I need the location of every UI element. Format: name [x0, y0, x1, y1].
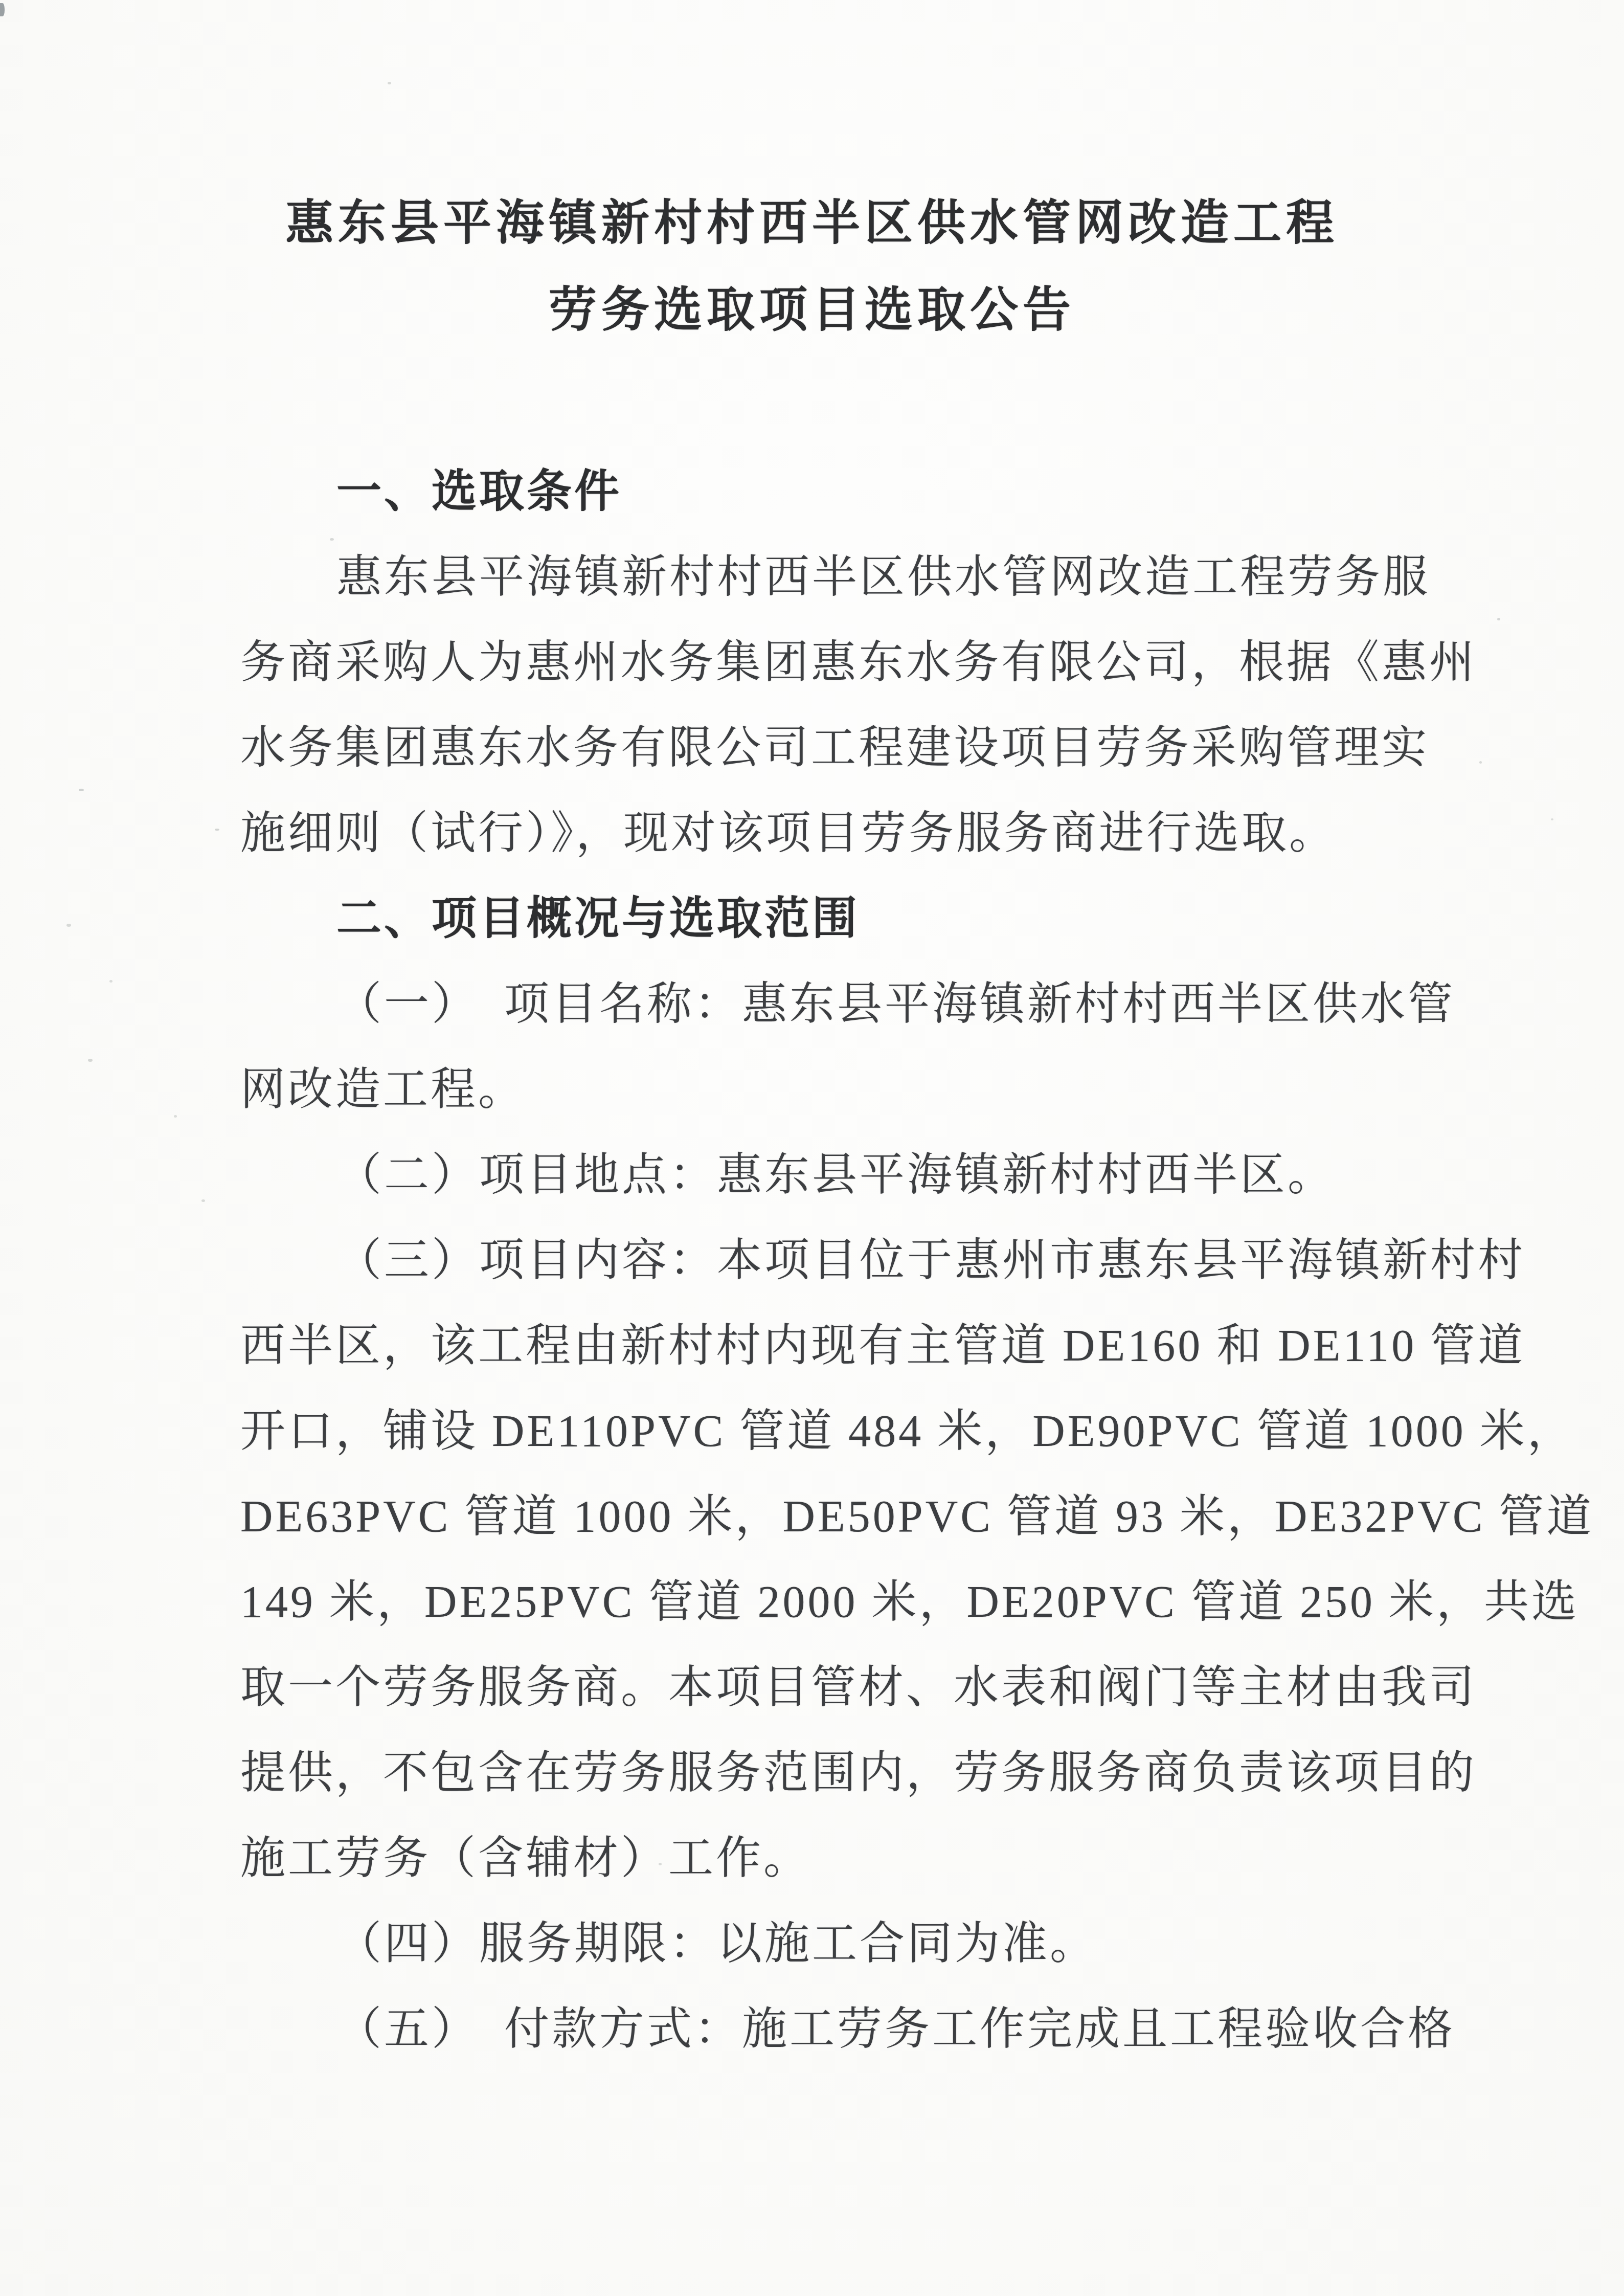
- document-line: （二）项目地点：惠东县平海镇新村村西半区。: [240, 1132, 1406, 1218]
- scanned-document-page: 惠东县平海镇新村村西半区供水管网改造工程 劳务选取项目选取公告 一、选取条件惠东…: [0, 0, 1624, 2296]
- document-line: 西半区，该工程由新村村内现有主管道 DE160 和 DE110 管道: [240, 1303, 1406, 1389]
- document-line: （一） 项目名称：惠东县平海镇新村村西半区供水管: [240, 962, 1406, 1047]
- scan-speck: [388, 82, 391, 84]
- scan-speck: [1479, 761, 1482, 764]
- document-line: 施细则（试行）》，现对该项目劳务服务商进行选取。: [240, 791, 1406, 876]
- document-line: DE63PVC 管道 1000 米，DE50PVC 管道 93 米，DE32PV…: [240, 1474, 1406, 1559]
- document-line: （五） 付款方式：施工劳务工作完成且工程验收合格: [240, 1987, 1406, 2072]
- section-heading: 二、项目概况与选取范围: [240, 876, 1406, 962]
- document-line: 开口，铺设 DE110PVC 管道 484 米，DE90PVC 管道 1000 …: [240, 1389, 1406, 1474]
- scan-speck: [1497, 618, 1500, 620]
- document-line: 务商采购人为惠州水务集团惠东水务有限公司，根据《惠州: [240, 620, 1406, 705]
- document-line: 提供，不包含在劳务服务范围内，劳务服务商负责该项目的: [240, 1730, 1406, 1816]
- document-line: 水务集团惠东水务有限公司工程建设项目劳务采购管理实: [240, 705, 1406, 791]
- document-title-line2: 劳务选取项目选取公告: [0, 267, 1624, 354]
- document-line: 网改造工程。: [240, 1047, 1406, 1132]
- document-line: 惠东县平海镇新村村西半区供水管网改造工程劳务服: [240, 534, 1406, 620]
- scan-speck: [79, 789, 84, 791]
- document-title: 惠东县平海镇新村村西半区供水管网改造工程 劳务选取项目选取公告: [0, 180, 1624, 354]
- document-line: 取一个劳务服务商。本项目管材、水表和阀门等主材由我司: [240, 1645, 1406, 1730]
- section-heading: 一、选取条件: [240, 449, 1406, 534]
- document-line: （四）服务期限：以施工合同为准。: [240, 1901, 1406, 1987]
- document-line: 149 米，DE25PVC 管道 2000 米，DE20PVC 管道 250 米…: [240, 1559, 1406, 1645]
- scan-speck: [201, 1199, 205, 1202]
- document-line: 施工劳务（含辅材）工作。: [240, 1816, 1406, 1901]
- document-body: 一、选取条件惠东县平海镇新村村西半区供水管网改造工程劳务服务商采购人为惠州水务集…: [240, 449, 1406, 2072]
- scan-speck: [66, 924, 71, 927]
- scan-speck: [174, 1115, 177, 1118]
- scan-speck: [109, 980, 112, 983]
- scan-speck: [215, 829, 219, 831]
- document-line: （三）项目内容：本项目位于惠州市惠东县平海镇新村村: [240, 1218, 1406, 1303]
- scan-edge-artifact: [0, 3, 5, 16]
- document-title-line1: 惠东县平海镇新村村西半区供水管网改造工程: [0, 180, 1624, 267]
- scan-speck: [1551, 818, 1553, 820]
- scan-speck: [88, 1059, 93, 1062]
